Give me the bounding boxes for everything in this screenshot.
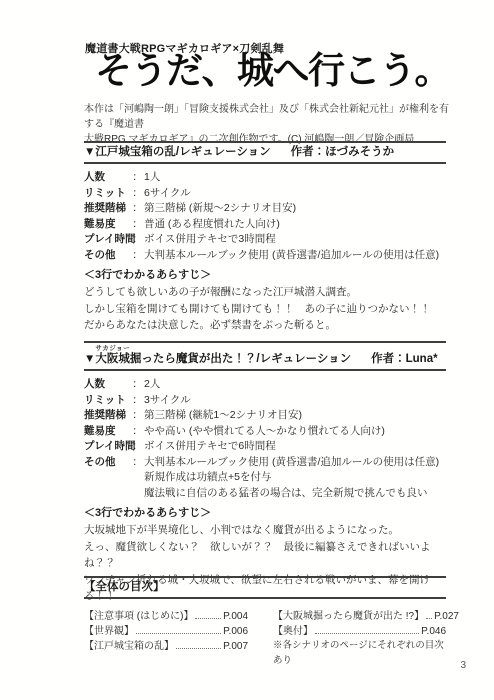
page-title: そうだ、城へ行こう。 <box>95 50 450 94</box>
toc-leader-dots <box>315 623 419 634</box>
toc-leader-dots <box>426 608 432 619</box>
toc-entry: 【奥付】P.046 <box>273 623 446 638</box>
spec-value-line: 普通 (ある程度慣れた人向け) <box>144 217 446 233</box>
spec-value-line: 大判基本ルールブック使用 (黄昏選書/追加ルールの使用は任意) <box>144 248 446 264</box>
toc-entry: 【注意事項 (はじめに)】P.004 <box>84 608 248 623</box>
spec-value-line: 6サイクル <box>144 186 446 202</box>
toc-entry: ※各シナリオのページにそれぞれの目次あり <box>273 638 446 653</box>
spec-label: その他 <box>84 455 131 502</box>
synopsis-line: えっ、魔貨欲しくない？ 欲しいが？？ 最後に編纂さえできればいいよね？？ <box>84 539 446 572</box>
spec-label: 難易度 <box>84 424 131 440</box>
synopsis-line: 大坂城地下が半異境化し、小判ではなく魔貨が出るようになった。 <box>84 522 446 539</box>
toc-column-left: 【注意事項 (はじめに)】P.004【世界観】P.006【江戸城宝箱の乱】P.0… <box>84 608 248 653</box>
spec-value: 普通 (ある程度慣れた人向け) <box>144 217 446 233</box>
spec-label: 推奨階梯 <box>84 408 131 424</box>
section-title: ▼江戸城宝箱の乱/レギュレーション <box>84 146 271 159</box>
page-number: 3 <box>460 660 466 671</box>
spec-value-line: 新規作成は功績点+5を付与 <box>144 470 446 486</box>
document-page: 魔道書大戦RPGマギカロギア×刀剣乱舞 そうだ、城へ行こう。 本作は「河嶋陶一朗… <box>0 0 494 700</box>
synopsis-line: だからあなたは決意した。必ず禁書をぶった斬ると。 <box>84 317 446 334</box>
spec-row: リミット：6サイクル <box>84 186 446 202</box>
spec-row: 推奨階梯：第三階梯 (継続1〜2シナリオ目安) <box>84 408 446 424</box>
spec-colon: ： <box>131 424 144 440</box>
synopsis-title: ＜3行でわかるあらすじ＞ <box>84 505 446 522</box>
spec-row: 人数：1人 <box>84 170 446 186</box>
spec-row: 難易度：普通 (ある程度慣れた人向け) <box>84 217 446 233</box>
toc-header-band: 【全体の目次】 <box>84 576 446 599</box>
regulation-table: 人数：1人リミット：6サイクル推奨階梯：第三階梯 (新規〜2シナリオ目安)難易度… <box>84 170 446 263</box>
section-author: 作者：ほづみそうか <box>291 146 395 159</box>
spec-colon: ： <box>131 248 144 264</box>
spec-value-line: 第三階梯 (継続1〜2シナリオ目安) <box>144 408 446 424</box>
toc-columns: 【注意事項 (はじめに)】P.004【世界観】P.006【江戸城宝箱の乱】P.0… <box>84 608 446 653</box>
spec-value-line: 2人 <box>144 377 446 393</box>
spec-value-line: 1人 <box>144 170 446 186</box>
spec-colon: ： <box>131 377 144 393</box>
spec-row: 難易度：やや高い (やや慣れてる人〜かなり慣れてる人向け) <box>84 424 446 440</box>
spec-value-line: ボイス併用テキセで6時間程 <box>144 439 446 455</box>
spec-row: その他：大判基本ルールブック使用 (黄昏選書/追加ルールの使用は任意) <box>84 248 446 264</box>
spec-colon: ： <box>131 408 144 424</box>
spec-row: その他：大判基本ルールブック使用 (黄昏選書/追加ルールの使用は任意)新規作成は… <box>84 455 446 502</box>
toc-entry-page: P.004 <box>223 609 248 624</box>
toc-leader-dots <box>195 608 221 619</box>
toc-entry-label: 【注意事項 (はじめに)】 <box>84 609 193 624</box>
spec-value-line: 第三階梯 (新規〜2シナリオ目安) <box>144 201 446 217</box>
spec-value: やや高い (やや慣れてる人〜かなり慣れてる人向け) <box>144 424 446 440</box>
spec-value: 第三階梯 (継続1〜2シナリオ目安) <box>144 408 446 424</box>
spec-colon: ： <box>131 232 144 248</box>
toc-entry-page: P.007 <box>223 639 248 654</box>
section-title: ▼大阪城サカジョー掘ったら魔貨が出た！？/レギュレーション <box>84 353 351 366</box>
spec-value: ボイス併用テキセで6時間程 <box>144 439 446 455</box>
synopsis: どうしても欲しいあの子が報酬になった江戸城潜入調査。しかし宝箱を開けても開けても… <box>84 284 446 334</box>
spec-value-line: 魔法戦に自信のある猛者の場合は、完全新規で挑んでも良い <box>144 486 446 502</box>
spec-value: 1人 <box>144 170 446 186</box>
spec-colon: ： <box>131 201 144 217</box>
spec-row: 推奨階梯：第三階梯 (新規〜2シナリオ目安) <box>84 201 446 217</box>
toc-title: 【全体の目次】 <box>84 581 165 594</box>
toc-entry-label: 【大阪城掘ったら魔貨が出た !?】 <box>273 609 424 624</box>
spec-row: 人数：2人 <box>84 377 446 393</box>
toc-entry-page: P.006 <box>223 624 248 639</box>
section-author: 作者：Luna* <box>371 353 437 366</box>
section-header-band: ▼大阪城サカジョー掘ったら魔貨が出た！？/レギュレーション作者：Luna* <box>84 341 446 371</box>
spec-row: プレイ時間：ボイス併用テキセで3時間程 <box>84 232 446 248</box>
spec-label: その他 <box>84 248 131 264</box>
toc-entry-label: 【奥付】 <box>273 624 313 639</box>
spec-label: 人数 <box>84 377 131 393</box>
spec-label: 推奨階梯 <box>84 201 131 217</box>
toc-leader-dots <box>176 638 221 649</box>
synopsis-title: ＜3行でわかるあらすじ＞ <box>84 267 446 284</box>
spec-label: 難易度 <box>84 217 131 233</box>
section-header-band: ▼江戸城宝箱の乱/レギュレーション作者：ほづみそうか <box>84 141 446 164</box>
spec-colon: ： <box>131 439 144 455</box>
spec-row: リミット：3サイクル <box>84 393 446 409</box>
spec-colon: ： <box>131 393 144 409</box>
spec-value-line: 大判基本ルールブック使用 (黄昏選書/追加ルールの使用は任意) <box>144 455 446 471</box>
toc-entry: 【江戸城宝箱の乱】P.007 <box>84 638 248 653</box>
spec-value: 2人 <box>144 377 446 393</box>
spec-value: 大判基本ルールブック使用 (黄昏選書/追加ルールの使用は任意) <box>144 248 446 264</box>
toc-entry-label: 【江戸城宝箱の乱】 <box>84 639 174 654</box>
spec-label: プレイ時間 <box>84 439 131 455</box>
spec-value: 3サイクル <box>144 393 446 409</box>
synopsis-line: どうしても欲しいあの子が報酬になった江戸城潜入調査。 <box>84 284 446 301</box>
spec-label: リミット <box>84 393 131 409</box>
spec-value: ボイス併用テキセで3時間程 <box>144 232 446 248</box>
toc-entry: 【大阪城掘ったら魔貨が出た !?】P.027 <box>273 608 446 623</box>
furigana-ruby: サカジョー <box>95 345 130 352</box>
toc-section: 【全体の目次】 【注意事項 (はじめに)】P.004【世界観】P.006【江戸城… <box>84 576 446 653</box>
spec-label: プレイ時間 <box>84 232 131 248</box>
scenario-section: ▼江戸城宝箱の乱/レギュレーション作者：ほづみそうか人数：1人リミット：6サイク… <box>84 141 446 334</box>
toc-entry: 【世界観】P.006 <box>84 623 248 638</box>
synopsis-line: しかし宝箱を開けても開けても開けても！！ あの子に辿りつかない！！ <box>84 301 446 318</box>
spec-colon: ： <box>131 455 144 502</box>
toc-entry-page: P.027 <box>434 609 459 624</box>
spec-value-line: 3サイクル <box>144 393 446 409</box>
spec-colon: ： <box>131 170 144 186</box>
toc-entry-label: 【世界観】 <box>84 624 134 639</box>
spec-colon: ： <box>131 217 144 233</box>
ruby-base: 大阪城サカジョー <box>95 353 130 366</box>
spec-value: 6サイクル <box>144 186 446 202</box>
spec-row: プレイ時間：ボイス併用テキセで6時間程 <box>84 439 446 455</box>
spec-colon: ： <box>131 186 144 202</box>
toc-column-right: 【大阪城掘ったら魔貨が出た !?】P.027【奥付】P.046※各シナリオのペー… <box>273 608 446 653</box>
spec-value-line: ボイス併用テキセで3時間程 <box>144 232 446 248</box>
scenario-section: ▼大阪城サカジョー掘ったら魔貨が出た！？/レギュレーション作者：Luna*人数：… <box>84 341 446 605</box>
spec-value: 第三階梯 (新規〜2シナリオ目安) <box>144 201 446 217</box>
toc-leader-dots <box>136 623 221 634</box>
spec-value: 大判基本ルールブック使用 (黄昏選書/追加ルールの使用は任意)新規作成は功績点+… <box>144 455 446 502</box>
spec-value-line: やや高い (やや慣れてる人〜かなり慣れてる人向け) <box>144 424 446 440</box>
toc-note: ※各シナリオのページにそれぞれの目次あり <box>273 638 446 668</box>
regulation-table: 人数：2人リミット：3サイクル推奨階梯：第三階梯 (継続1〜2シナリオ目安)難易… <box>84 377 446 501</box>
spec-label: 人数 <box>84 170 131 186</box>
spec-label: リミット <box>84 186 131 202</box>
toc-entry-page: P.046 <box>421 624 446 639</box>
